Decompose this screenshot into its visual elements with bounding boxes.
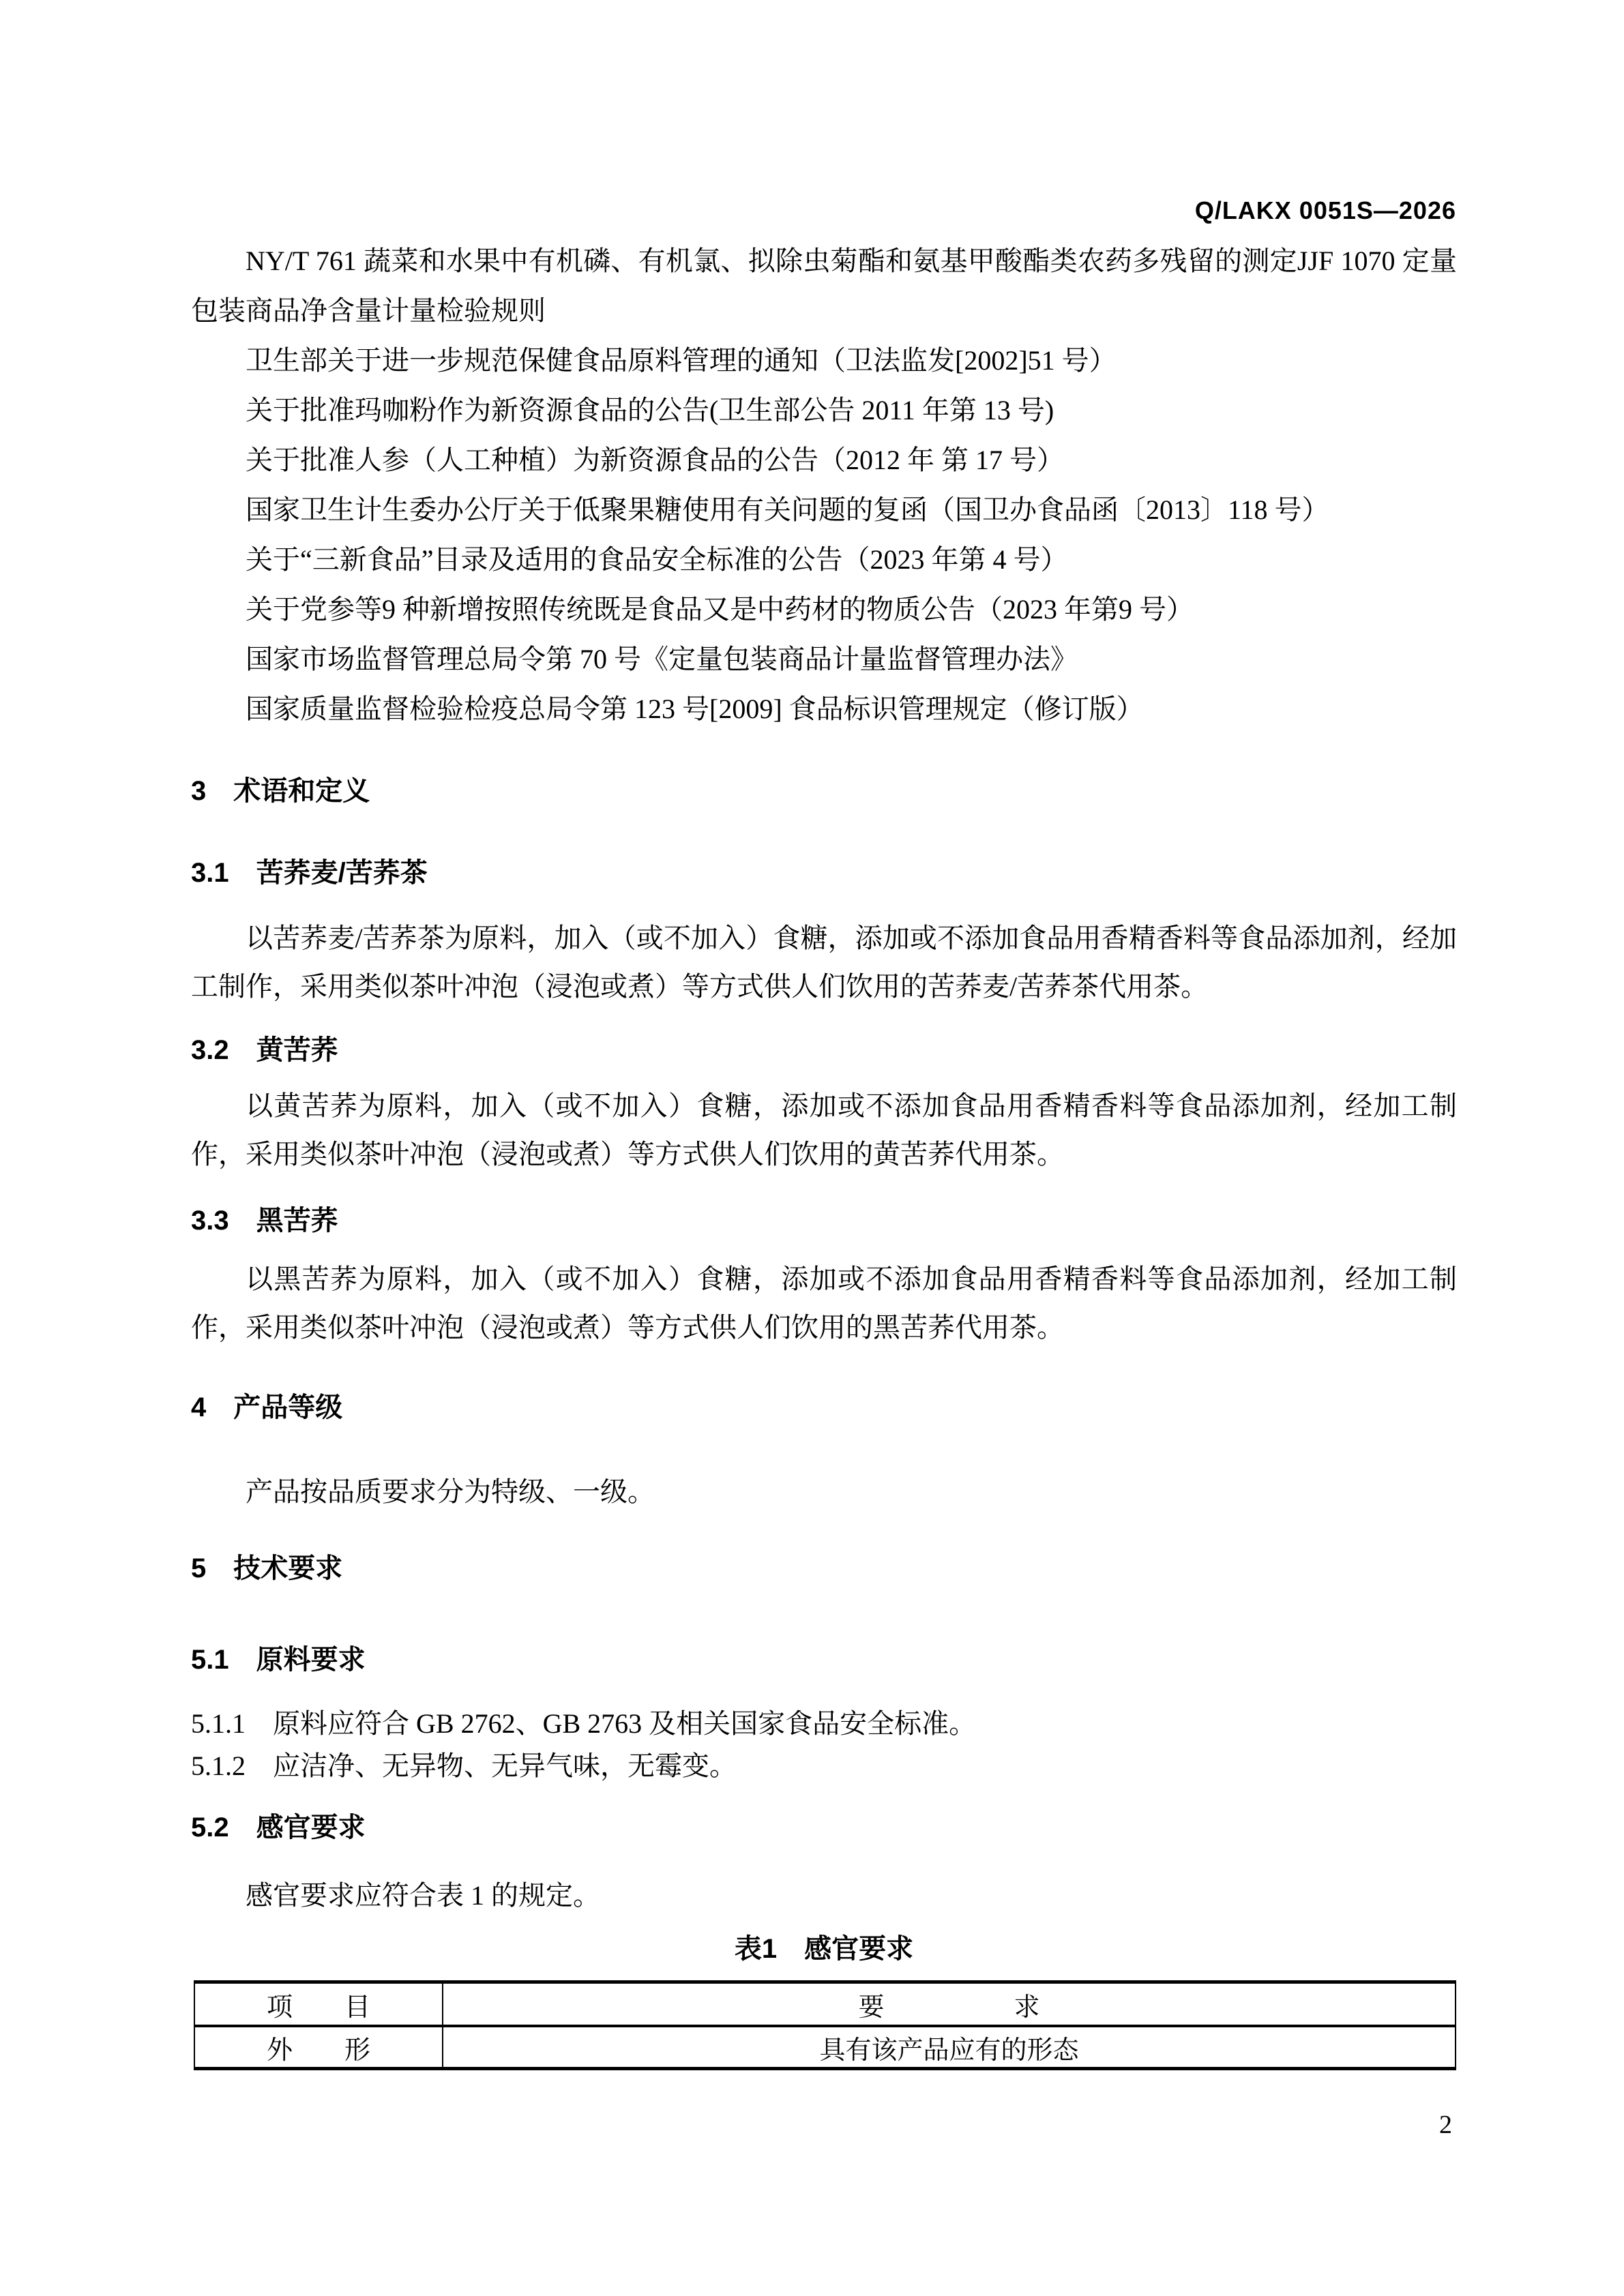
section-5-heading: 5 技术要求	[191, 1549, 1457, 1587]
section-4-paragraph: 产品按品质要求分为特级、一级。	[191, 1467, 1457, 1516]
clause-5-1-1: 5.1.1 原料应符合 GB 2762、GB 2763 及相关国家食品安全标准。	[191, 1706, 1457, 1742]
section-3-3-heading: 3.3 黑苦荞	[191, 1202, 1457, 1240]
table-1-caption: 表1 感官要求	[191, 1927, 1457, 1966]
section-3-2-paragraph: 以黄苦荞为原料，加入（或不加入）食糖，添加或不添加食品用香精香料等食品添加剂，经…	[191, 1082, 1457, 1178]
table-row: 外 形 具有该产品应有的形态	[194, 2026, 1456, 2069]
table-1-sensory-requirements: 项 目 要 求 外 形 具有该产品应有的形态	[194, 1980, 1456, 2070]
section-3-2-heading: 3.2 黄苦荞	[191, 1031, 1457, 1069]
page-number: 2	[1439, 2110, 1452, 2140]
reference-item: 国家质量监督检验检疫总局令第 123 号[2009] 食品标识管理规定（修订版）	[191, 684, 1457, 734]
table-header-item: 项 目	[194, 1982, 443, 2027]
table-header-row: 项 目 要 求	[194, 1982, 1456, 2027]
section-3-heading: 3 术语和定义	[191, 772, 1457, 810]
table-cell-item: 外 形	[194, 2026, 443, 2069]
section-3-1-paragraph: 以苦荞麦/苦荞茶为原料，加入（或不加入）食糖，添加或不添加食品用香精香料等食品添…	[191, 914, 1457, 1011]
section-3-1-heading: 3.1 苦荞麦/苦荞茶	[191, 854, 1457, 892]
reference-item: 国家卫生计生委办公厅关于低聚果糖使用有关问题的复函（国卫办食品函〔2013〕11…	[191, 485, 1457, 535]
reference-item: 关于批准玛咖粉作为新资源食品的公告(卫生部公告 2011 年第 13 号)	[191, 385, 1457, 435]
reference-item: 关于“三新食品”目录及适用的食品安全标准的公告（2023 年第 4 号）	[191, 535, 1457, 584]
section-4-heading: 4 产品等级	[191, 1388, 1457, 1427]
table-header-requirement: 要 求	[443, 1982, 1456, 2027]
normative-references-list: NY/T 761 蔬菜和水果中有机磷、有机氯、拟除虫菊酯和氨基甲酸酯类农药多残留…	[191, 236, 1457, 734]
section-5-2-heading: 5.2 感官要求	[191, 1808, 1457, 1847]
table-cell-requirement: 具有该产品应有的形态	[443, 2026, 1456, 2069]
reference-item: 关于批准人参（人工种植）为新资源食品的公告（2012 年 第 17 号）	[191, 435, 1457, 485]
document-page: Q/LAKX 0051S—2026 NY/T 761 蔬菜和水果中有机磷、有机氯…	[0, 0, 1624, 2296]
document-code: Q/LAKX 0051S—2026	[1195, 196, 1456, 225]
reference-item: 卫生部关于进一步规范保健食品原料管理的通知（卫法监发[2002]51 号）	[191, 336, 1457, 385]
section-3-3-paragraph: 以黑苦荞为原料，加入（或不加入）食糖，添加或不添加食品用香精香料等食品添加剂，经…	[191, 1255, 1457, 1352]
clause-5-1-2: 5.1.2 应洁净、无异物、无异气味，无霉变。	[191, 1748, 1457, 1784]
section-5-1-heading: 5.1 原料要求	[191, 1641, 1457, 1679]
reference-intro-paragraph: NY/T 761 蔬菜和水果中有机磷、有机氯、拟除虫菊酯和氨基甲酸酯类农药多残留…	[191, 236, 1457, 336]
section-5-2-paragraph: 感官要求应符合表 1 的规定。	[191, 1871, 1457, 1920]
reference-item: 关于党参等9 种新增按照传统既是食品又是中药材的物质公告（2023 年第9 号）	[191, 584, 1457, 634]
reference-item: 国家市场监督管理总局令第 70 号《定量包装商品计量监督管理办法》	[191, 634, 1457, 684]
